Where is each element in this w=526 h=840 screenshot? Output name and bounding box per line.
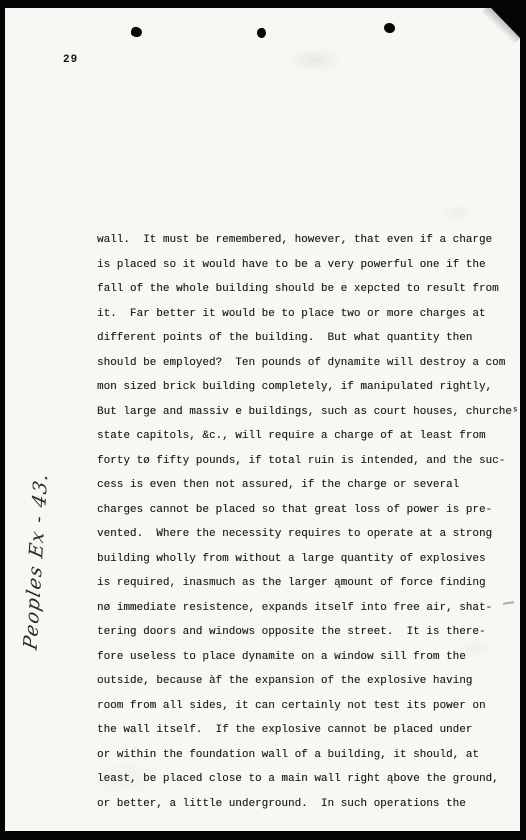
text-line: wall. It must be remembered, however, th…: [97, 228, 521, 253]
text-line: room from all sides, it can certainly no…: [97, 694, 521, 719]
text-line: outside, because àf the expansion of the…: [97, 669, 521, 694]
text-line: or within the foundation wall of a build…: [97, 743, 521, 768]
text-line: it. Far better it would be to place two …: [97, 302, 521, 327]
text-line: is required, inasmuch as the larger ąmou…: [97, 571, 521, 596]
paper-sheet: 29 Peoples Ex - 43. wall. It must be rem…: [5, 8, 520, 831]
text-line: different points of the building. But wh…: [97, 326, 521, 351]
exhibit-annotation: Peoples Ex - 43.: [19, 455, 70, 667]
ink-dot-3: [384, 23, 396, 34]
text-line: the wall itself. If the explosive cannot…: [97, 718, 521, 743]
text-line: cess is even then not assured, if the ch…: [97, 473, 521, 498]
page-number: 29: [63, 54, 78, 66]
text-line: tering doors and windows opposite the st…: [97, 620, 521, 645]
text-line: should be employed? Ten pounds of dynami…: [97, 351, 521, 376]
scanned-page: 29 Peoples Ex - 43. wall. It must be rem…: [0, 0, 526, 840]
text-line: state capitols, &c., will require a char…: [97, 424, 521, 449]
ink-dot-2: [256, 27, 266, 38]
text-line: mon sized brick building completely, if …: [97, 375, 521, 400]
text-line: is placed so it would have to be a very …: [97, 253, 521, 278]
text-line: vented. Where the necessity requires to …: [97, 522, 521, 547]
text-line: fore useless to place dynamite on a wind…: [97, 645, 521, 670]
text-line: or better, a little underground. In such…: [97, 792, 521, 817]
text-line: fall of the whole building should be e x…: [97, 277, 521, 302]
ink-dot-1: [130, 26, 143, 38]
text-line: building wholly from without a large qua…: [97, 547, 521, 572]
text-line: But large and massiv e buildings, such a…: [97, 400, 521, 425]
text-line: charges cannot be placed so that great l…: [97, 498, 521, 523]
text-line: nø immediate resistence, expands itself …: [97, 596, 521, 621]
clipped-corner: [481, 5, 521, 44]
exhibit-annotation-text: Peoples Ex - 43.: [20, 469, 53, 651]
text-line: least, be placed close to a main wall ri…: [97, 767, 521, 792]
text-line: forty tø fifty pounds, if total ruin is …: [97, 449, 521, 474]
body-text: wall. It must be remembered, however, th…: [97, 228, 521, 816]
